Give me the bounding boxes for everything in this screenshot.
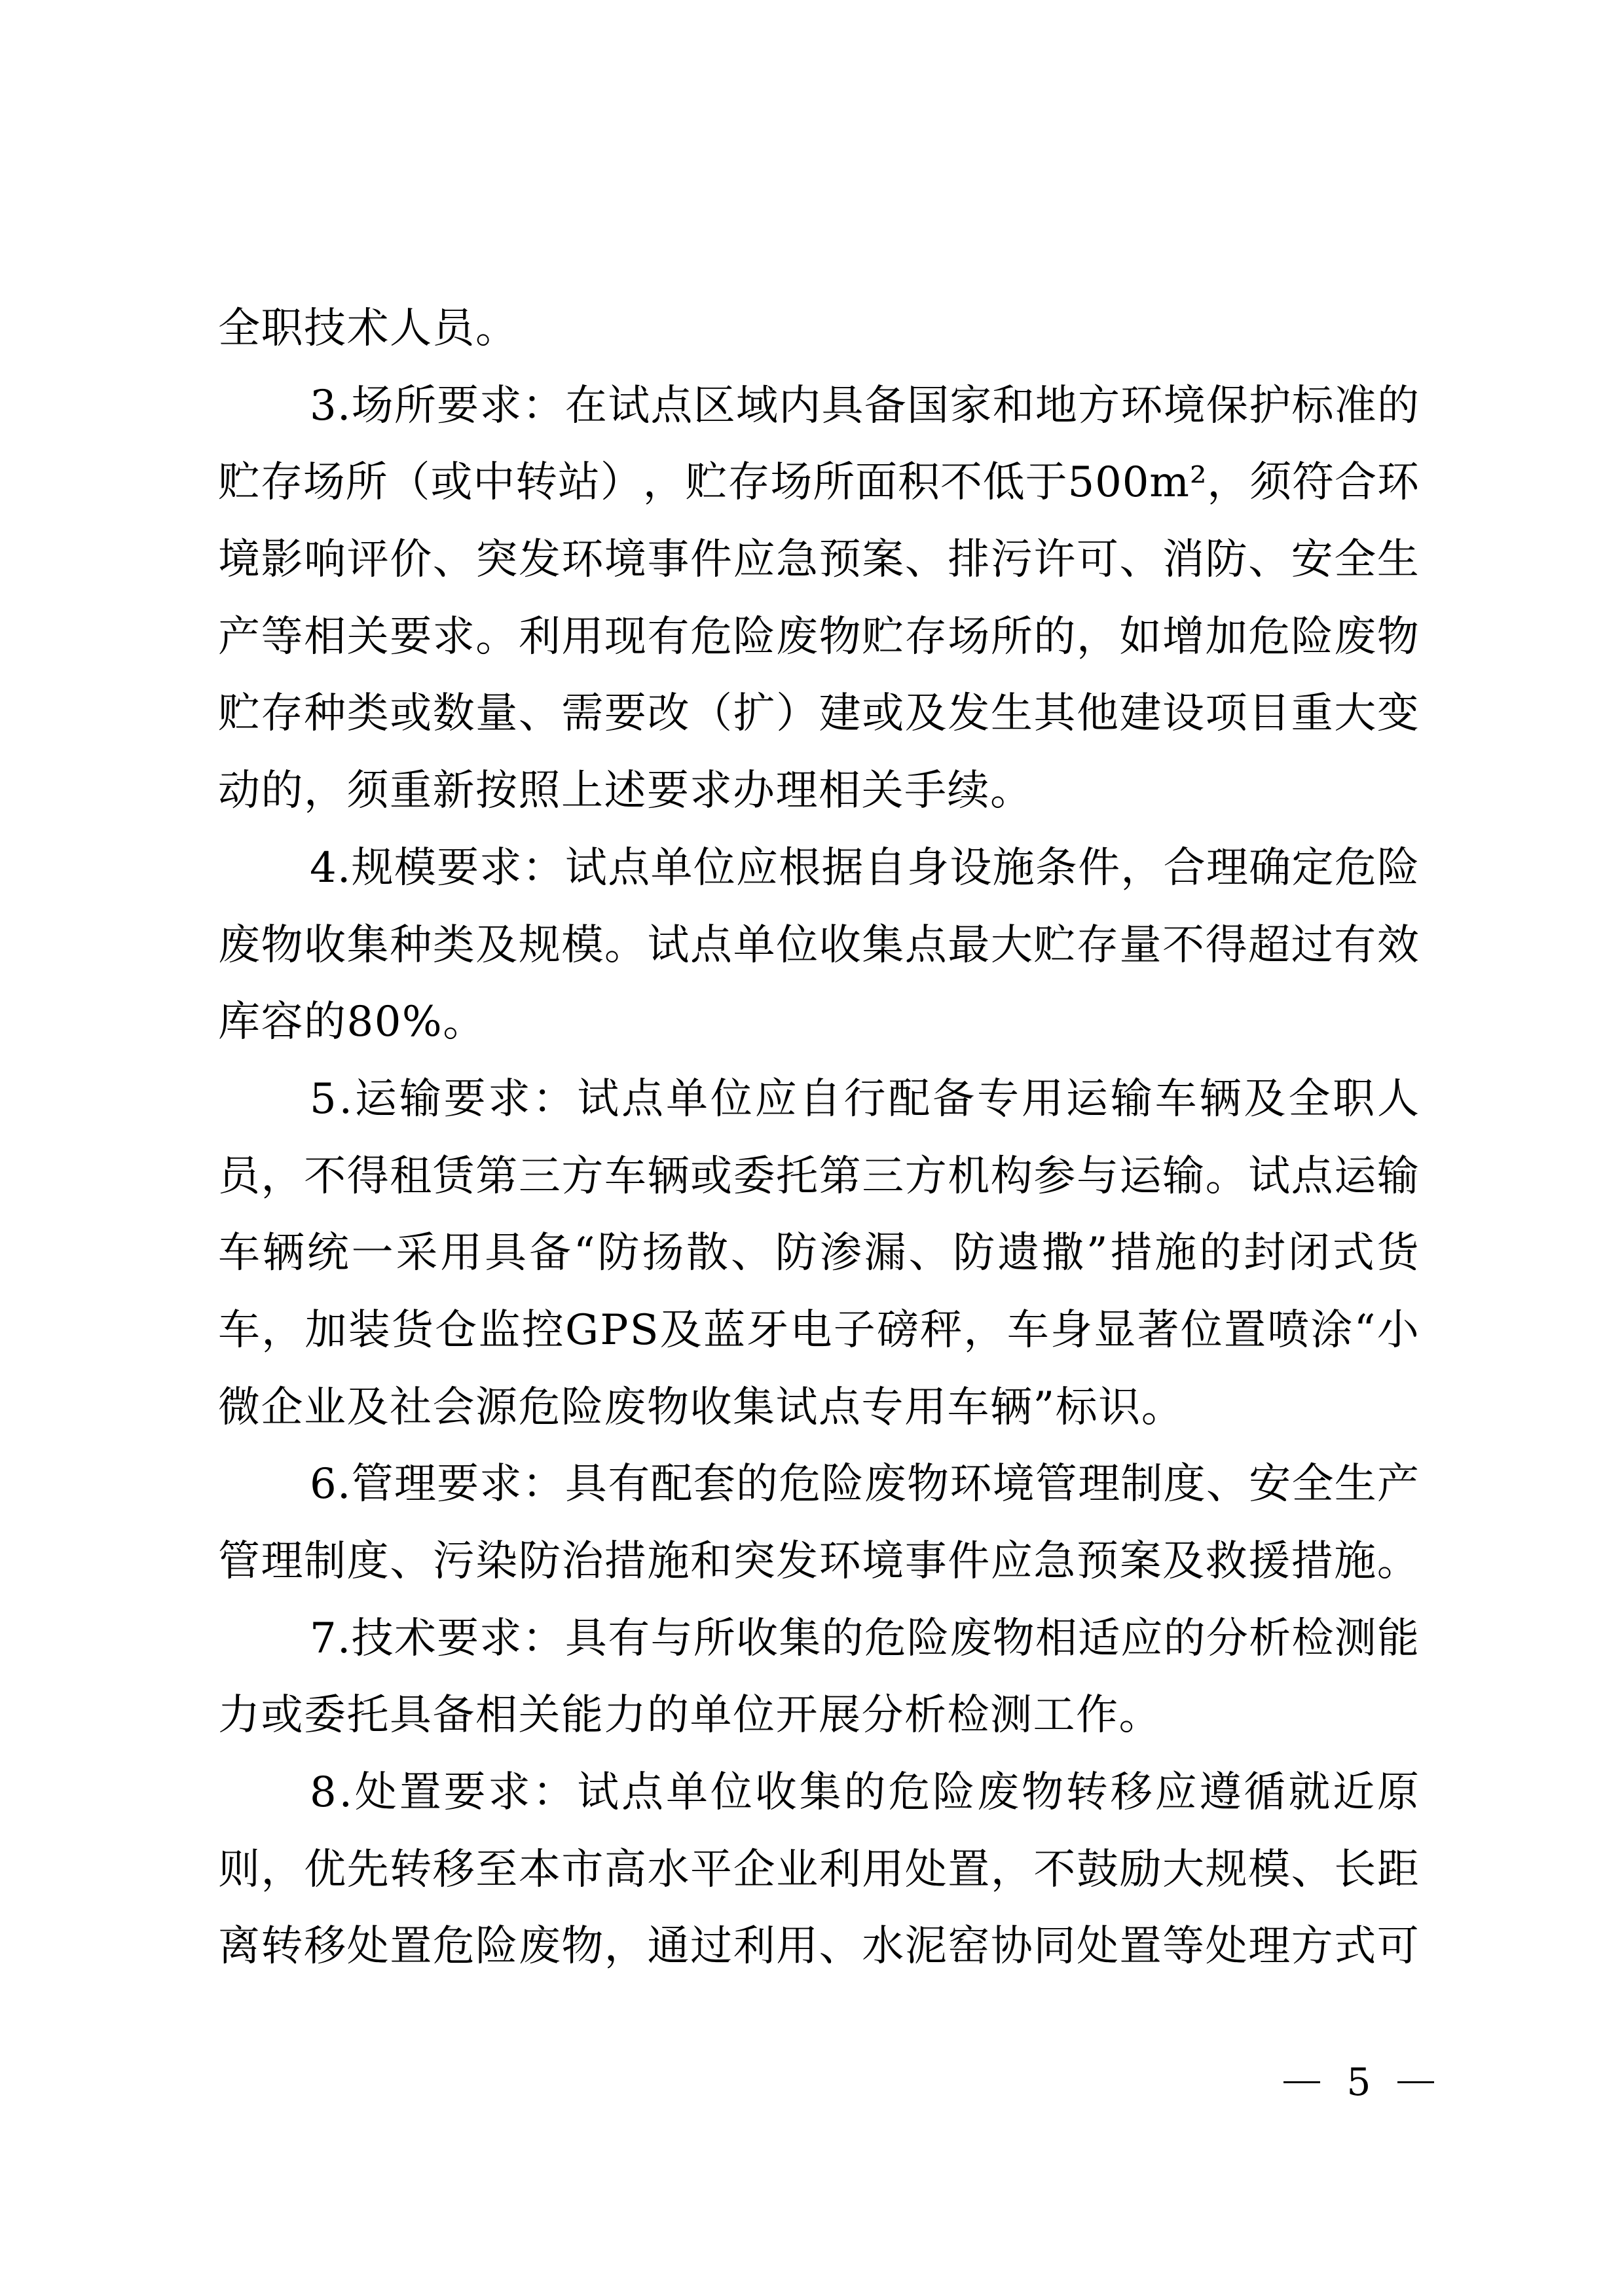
glyph: 标	[1291, 368, 1333, 445]
glyph: 效	[1377, 907, 1419, 985]
glyph: ：	[532, 1061, 574, 1139]
glyph: 环	[819, 1523, 861, 1601]
glyph: 场	[948, 599, 989, 676]
glyph: 车	[604, 1139, 646, 1216]
glyph: 得	[347, 1139, 389, 1216]
glyph: 。	[1206, 1139, 1247, 1216]
glyph: S	[630, 1292, 659, 1370]
glyph: 积	[898, 445, 940, 522]
glyph: 方	[1078, 368, 1120, 445]
glyph: 具	[565, 1601, 607, 1678]
glyph: 著	[1137, 1292, 1179, 1370]
text-line: 则，优先转移至本市高水平企业利用处置，不鼓励大规模、长距	[218, 1832, 1419, 1909]
glyph: 物	[819, 599, 861, 676]
glyph: 存	[728, 445, 770, 522]
text-line: 管理制度、污染防治措施和突发环境事件应急预案及救援措施。	[218, 1523, 1419, 1601]
glyph: 合	[1164, 830, 1206, 907]
glyph: 物	[561, 1908, 603, 1986]
glyph: 施	[993, 830, 1035, 907]
text-line: 员，不得租赁第三方车辆或委托第三方机构参与运输。试点运输	[218, 1139, 1419, 1216]
glyph: 显	[1094, 1292, 1135, 1370]
glyph: 转	[390, 1832, 432, 1909]
glyph: 水	[862, 1908, 904, 1986]
glyph: 位	[693, 830, 735, 907]
glyph: 构	[991, 1139, 1033, 1216]
glyph: 能	[1377, 1601, 1419, 1678]
glyph: 置	[1119, 1908, 1161, 1986]
glyph: 消	[1162, 522, 1204, 599]
glyph: ，	[604, 1908, 646, 1986]
glyph: 及	[660, 1292, 702, 1370]
glyph: 第	[819, 1139, 861, 1216]
glyph: 所	[394, 368, 436, 445]
glyph: 理	[1078, 1446, 1120, 1523]
glyph: 中	[473, 445, 515, 522]
glyph: 处	[905, 1832, 947, 1909]
glyph: 散	[686, 1215, 728, 1292]
glyph: 点	[608, 830, 650, 907]
page-number: 5	[1283, 2056, 1434, 2108]
glyph: 或	[430, 445, 472, 522]
glyph: 专	[977, 1061, 1019, 1139]
glyph: 、	[908, 1215, 950, 1292]
glyph: 低	[983, 445, 1025, 522]
glyph: 改	[647, 676, 689, 753]
text-line: 离转移处置危险废物，通过利用、水泥窑协同处置等处理方式可	[218, 1908, 1419, 1986]
glyph: 境	[1164, 368, 1206, 445]
glyph: 检	[1291, 1601, 1333, 1678]
glyph: 等	[1162, 1908, 1204, 1986]
glyph: 及	[1244, 1061, 1285, 1139]
glyph: 、	[731, 1215, 773, 1292]
glyph: 术	[394, 1601, 436, 1678]
glyph: 闭	[1288, 1215, 1330, 1292]
glyph: ，	[991, 1832, 1033, 1909]
glyph: 环	[950, 1446, 991, 1523]
glyph: 危	[864, 1601, 906, 1678]
glyph: 相	[1035, 1601, 1077, 1678]
glyph: ）	[600, 445, 642, 522]
glyph: 监	[479, 1292, 521, 1370]
glyph: 撒	[1042, 1215, 1084, 1292]
text-line: 贮存场所（或中转站），贮存场所面积不低于500m²，须符合环	[218, 445, 1419, 522]
glyph: 、	[519, 676, 561, 753]
glyph: 自	[800, 1061, 841, 1139]
glyph: 影	[261, 522, 303, 599]
glyph: 求	[479, 368, 521, 445]
glyph: ，	[964, 1292, 1006, 1370]
glyph: 单	[650, 830, 692, 907]
glyph: 方	[905, 1139, 947, 1216]
glyph: 输	[1111, 1061, 1153, 1139]
text-line: 全职技术人员。	[218, 291, 1419, 368]
glyph: 的	[1164, 1601, 1206, 1678]
glyph: 保	[1206, 368, 1248, 445]
glyph: 单	[666, 1755, 708, 1832]
glyph: 加	[1206, 599, 1247, 676]
glyph: 应	[1120, 1601, 1162, 1678]
glyph: 措	[1291, 1523, 1333, 1601]
paragraph-7-heading-line: 7.技术要求：具有与所收集的危险废物相适应的分析检测能	[218, 1601, 1419, 1678]
glyph: 人	[1377, 1061, 1419, 1139]
glyph: 励	[1119, 1832, 1161, 1909]
glyph: 其	[1033, 676, 1075, 753]
glyph: 须	[1249, 445, 1291, 522]
glyph: 移	[1111, 1755, 1153, 1832]
glyph: ：	[523, 368, 564, 445]
glyph: 贮	[218, 445, 260, 522]
glyph: 备	[932, 1061, 974, 1139]
glyph: 发	[776, 1523, 818, 1601]
glyph: 租	[390, 1139, 432, 1216]
glyph: 扩	[733, 676, 775, 753]
glyph: 境	[862, 1523, 904, 1601]
paragraph-6-heading-line: 6.管理要求：具有配套的危险废物环境管理制度、安全生产	[218, 1446, 1419, 1523]
glyph: 封	[1244, 1215, 1285, 1292]
glyph: 运	[1334, 1139, 1376, 1216]
glyph: 场	[303, 445, 345, 522]
glyph: 0	[1095, 445, 1122, 522]
glyph: 险	[907, 1601, 949, 1678]
glyph: 事	[905, 1523, 947, 1601]
glyph: 所	[991, 599, 1033, 676]
glyph: 优	[304, 1832, 346, 1909]
glyph: 有	[608, 1446, 650, 1523]
glyph: 得	[1206, 907, 1247, 985]
glyph: 。	[475, 599, 517, 676]
glyph: 物	[907, 1446, 949, 1523]
glyph: 的	[822, 1601, 864, 1678]
glyph: 案	[862, 522, 904, 599]
glyph: 施	[1334, 1523, 1376, 1601]
text-line: 力或委托具备相关能力的单位开展分析检测工作。	[218, 1677, 1419, 1755]
glyph: 的	[1033, 599, 1075, 676]
glyph: 点	[621, 1755, 663, 1832]
glyph: 根	[779, 830, 821, 907]
glyph: 求	[488, 1755, 530, 1832]
glyph: 业	[776, 1832, 818, 1909]
glyph: 的	[843, 1755, 885, 1832]
glyph: 过	[1291, 907, 1333, 985]
glyph: 防	[1206, 522, 1247, 599]
glyph: 生	[991, 676, 1033, 753]
paragraph-5-heading-line: 5.运输要求：试点单位应自行配备专用运输车辆及全职人	[218, 1061, 1419, 1139]
glyph: 险	[932, 1755, 974, 1832]
glyph: 置	[390, 1908, 432, 1986]
glyph: 蓝	[703, 1292, 745, 1370]
glyph: 员	[218, 1139, 260, 1216]
text-line: 境影响评价、突发环境事件应急预案、排污许可、消防、安全生	[218, 522, 1419, 599]
glyph: 利	[819, 1832, 861, 1909]
glyph: 规	[519, 907, 561, 985]
glyph: 、	[1119, 522, 1161, 599]
glyph: 境	[604, 522, 646, 599]
glyph: 度	[1164, 1446, 1206, 1523]
glyph: ，	[1077, 599, 1118, 676]
text-line: 微企业及社会源危险废物收集试点专用车辆”标识。	[218, 1370, 1419, 1447]
glyph: 位	[1181, 1292, 1223, 1370]
glyph: 有	[1334, 907, 1376, 985]
glyph: 理	[394, 1446, 436, 1523]
glyph: 扬	[642, 1215, 684, 1292]
glyph: 用	[561, 599, 603, 676]
glyph: 辆	[1199, 1061, 1241, 1139]
glyph: 配	[888, 1061, 930, 1139]
glyph: 急	[1033, 1523, 1075, 1601]
glyph: 处	[355, 1755, 397, 1832]
glyph: 分	[1206, 1601, 1248, 1678]
text-line: 贮存种类或数量、需要改（扩）建或及发生其他建设项目重大变	[218, 676, 1419, 753]
glyph: 险	[1291, 599, 1333, 676]
glyph: .	[339, 1061, 352, 1139]
glyph: 试	[565, 830, 607, 907]
paragraph-4-heading-line: 4.规模要求：试点单位应根据自身设施条件，合理确定危险	[218, 830, 1419, 907]
glyph: 、	[905, 522, 947, 599]
glyph: 项	[1206, 676, 1247, 753]
glyph: 要	[437, 1601, 479, 1678]
glyph: 4	[310, 830, 337, 907]
glyph: 有	[608, 1601, 650, 1678]
glyph: 则	[218, 1832, 260, 1909]
glyph: 模	[1248, 1832, 1290, 1909]
glyph: 市	[561, 1832, 603, 1909]
glyph: ，	[261, 1139, 303, 1216]
glyph: 鼓	[1077, 1832, 1118, 1909]
glyph: 漏	[864, 1215, 906, 1292]
glyph: 相	[304, 599, 346, 676]
glyph: 点	[621, 1061, 663, 1139]
glyph: 生	[1377, 522, 1419, 599]
glyph: 一	[352, 1215, 394, 1292]
glyph: 等	[261, 599, 303, 676]
glyph: 货	[1377, 1215, 1419, 1292]
glyph: 管	[218, 1523, 260, 1601]
glyph: 用	[440, 1215, 482, 1292]
glyph: 磅	[877, 1292, 919, 1370]
glyph: 先	[347, 1832, 389, 1909]
em-dash-right	[1397, 2081, 1434, 2083]
glyph: 防	[519, 1523, 561, 1601]
glyph: 参	[1033, 1139, 1075, 1216]
glyph: 、	[390, 1523, 432, 1601]
glyph: 采	[396, 1215, 437, 1292]
glyph: 类	[433, 907, 475, 985]
glyph: 废	[519, 1908, 561, 1986]
glyph: 危	[1248, 599, 1290, 676]
glyph: 危	[1335, 830, 1376, 907]
glyph: 污	[991, 522, 1033, 599]
glyph: 废	[218, 907, 260, 985]
glyph: 置	[1224, 1292, 1266, 1370]
glyph: 装	[348, 1292, 390, 1370]
glyph: 具	[485, 1215, 526, 1292]
glyph: “	[574, 1215, 595, 1292]
glyph: 废	[864, 1446, 906, 1523]
glyph: 突	[733, 1523, 775, 1601]
glyph: 家	[950, 368, 991, 445]
glyph: 三	[519, 1139, 561, 1216]
glyph: 控	[522, 1292, 564, 1370]
glyph: 用	[776, 1908, 818, 1986]
glyph: 置	[948, 1832, 989, 1909]
glyph: 事	[647, 522, 689, 599]
text-line: 车，加装货仓监控GPS及蓝牙电子磅秤，车身显著位置喷涂“小	[218, 1292, 1419, 1370]
glyph: 5	[1068, 445, 1095, 522]
glyph: 具	[822, 368, 864, 445]
glyph: 、	[1248, 522, 1290, 599]
glyph: 数	[433, 676, 475, 753]
glyph: 染	[475, 1523, 517, 1601]
glyph: 测	[1335, 1601, 1376, 1678]
glyph: 8	[310, 1755, 337, 1832]
glyph: 定	[1291, 830, 1333, 907]
glyph: 存	[261, 445, 303, 522]
glyph: 施	[647, 1523, 689, 1601]
glyph: 废	[950, 1601, 991, 1678]
glyph: 循	[1244, 1755, 1285, 1832]
glyph: 大	[1334, 676, 1376, 753]
glyph: G	[565, 1292, 599, 1370]
glyph: 量	[475, 676, 517, 753]
glyph: 移	[304, 1908, 346, 1986]
glyph: 现	[604, 599, 646, 676]
glyph: 收	[736, 1601, 778, 1678]
glyph: 场	[770, 445, 812, 522]
glyph: 5	[310, 1061, 337, 1139]
glyph: 制	[1120, 1446, 1162, 1523]
glyph: 距	[1377, 1832, 1419, 1909]
glyph: 输	[1377, 1139, 1419, 1216]
glyph: 生	[1335, 1446, 1376, 1523]
glyph: 小	[1377, 1292, 1419, 1370]
glyph: P	[600, 1292, 628, 1370]
glyph: 防	[597, 1215, 639, 1292]
glyph: 方	[1291, 1908, 1333, 1986]
glyph: 预	[1077, 1523, 1118, 1601]
glyph: 援	[1248, 1523, 1290, 1601]
glyph: 位	[776, 907, 818, 985]
glyph: 收	[819, 907, 861, 985]
glyph: .	[337, 1446, 350, 1523]
glyph: 、	[433, 522, 475, 599]
glyph: 要	[437, 830, 479, 907]
glyph: 目	[1248, 676, 1290, 753]
glyph: 突	[475, 522, 517, 599]
glyph: 所	[813, 445, 855, 522]
glyph: 车	[218, 1292, 260, 1370]
glyph: 电	[790, 1292, 832, 1370]
glyph: 车	[1155, 1061, 1197, 1139]
glyph: 用	[1022, 1061, 1063, 1139]
glyph: 试	[577, 1755, 619, 1832]
glyph: m	[1149, 445, 1189, 522]
glyph: 设	[1162, 676, 1204, 753]
glyph: 内	[779, 368, 821, 445]
glyph: 身	[907, 830, 949, 907]
glyph: 在	[565, 368, 607, 445]
glyph: 喷	[1267, 1292, 1309, 1370]
glyph: 原	[1377, 1755, 1419, 1832]
glyph: 贮	[686, 445, 728, 522]
glyph: 物	[1022, 1755, 1063, 1832]
glyph: 点	[650, 368, 692, 445]
glyph: 应	[736, 830, 778, 907]
glyph: 施	[1154, 1215, 1196, 1292]
glyph: 试	[1248, 1139, 1290, 1216]
text-line: 库容的80%。	[218, 984, 1419, 1061]
glyph: 度	[347, 1523, 389, 1601]
glyph: 合	[1335, 445, 1376, 522]
paragraph-3-heading-line: 3.场所要求：在试点区域内具备国家和地方环境保护标准的	[218, 368, 1419, 445]
glyph: 或	[690, 1139, 732, 1216]
glyph: 水	[647, 1832, 689, 1909]
glyph: 救	[1206, 1523, 1247, 1601]
glyph: 贮	[218, 676, 260, 753]
glyph: 案	[1119, 1523, 1161, 1601]
glyph: 环	[1120, 368, 1162, 445]
glyph: 高	[604, 1832, 646, 1909]
glyph: 规	[1206, 1832, 1247, 1909]
glyph: ，	[643, 445, 685, 522]
glyph: 式	[1334, 1908, 1376, 1986]
glyph: 自	[864, 830, 906, 907]
glyph: 第	[475, 1139, 517, 1216]
glyph: .	[337, 1601, 350, 1678]
glyph: 如	[1119, 599, 1161, 676]
glyph: 面	[855, 445, 897, 522]
glyph: 就	[1288, 1755, 1330, 1832]
glyph: 平	[690, 1832, 732, 1909]
glyph: 货	[392, 1292, 434, 1370]
glyph: 应	[991, 1523, 1033, 1601]
glyph: 危	[888, 1755, 930, 1832]
glyph: 处	[1077, 1908, 1118, 1986]
glyph: 运	[355, 1061, 397, 1139]
glyph: 类	[347, 676, 389, 753]
glyph: 辆	[263, 1215, 304, 1292]
glyph: 配	[650, 1446, 692, 1523]
glyph: 存	[1077, 907, 1118, 985]
glyph: 他	[1077, 676, 1118, 753]
glyph: 运	[1119, 1139, 1161, 1216]
glyph: 件	[948, 1523, 989, 1601]
glyph: ：	[523, 830, 564, 907]
glyph: 要	[604, 676, 646, 753]
glyph: 求	[433, 599, 475, 676]
glyph: 理	[1206, 830, 1248, 907]
glyph: 区	[693, 368, 735, 445]
glyph: 转	[515, 445, 557, 522]
glyph: 车	[218, 1215, 260, 1292]
glyph: 措	[1110, 1215, 1152, 1292]
glyph: 发	[519, 522, 561, 599]
glyph: 加	[305, 1292, 347, 1370]
glyph: 赁	[433, 1139, 475, 1216]
glyph: 环	[561, 522, 603, 599]
glyph: 点	[690, 907, 732, 985]
glyph: 发	[948, 676, 989, 753]
glyph: 需	[561, 676, 603, 753]
glyph: 价	[390, 522, 432, 599]
glyph: 泥	[905, 1908, 947, 1986]
glyph: 集	[800, 1755, 841, 1832]
glyph: 与	[1077, 1139, 1118, 1216]
glyph: 产	[218, 599, 260, 676]
glyph: 与	[650, 1601, 692, 1678]
glyph: 的	[1199, 1215, 1241, 1292]
glyph: 6	[310, 1446, 337, 1523]
glyph: 排	[948, 522, 989, 599]
